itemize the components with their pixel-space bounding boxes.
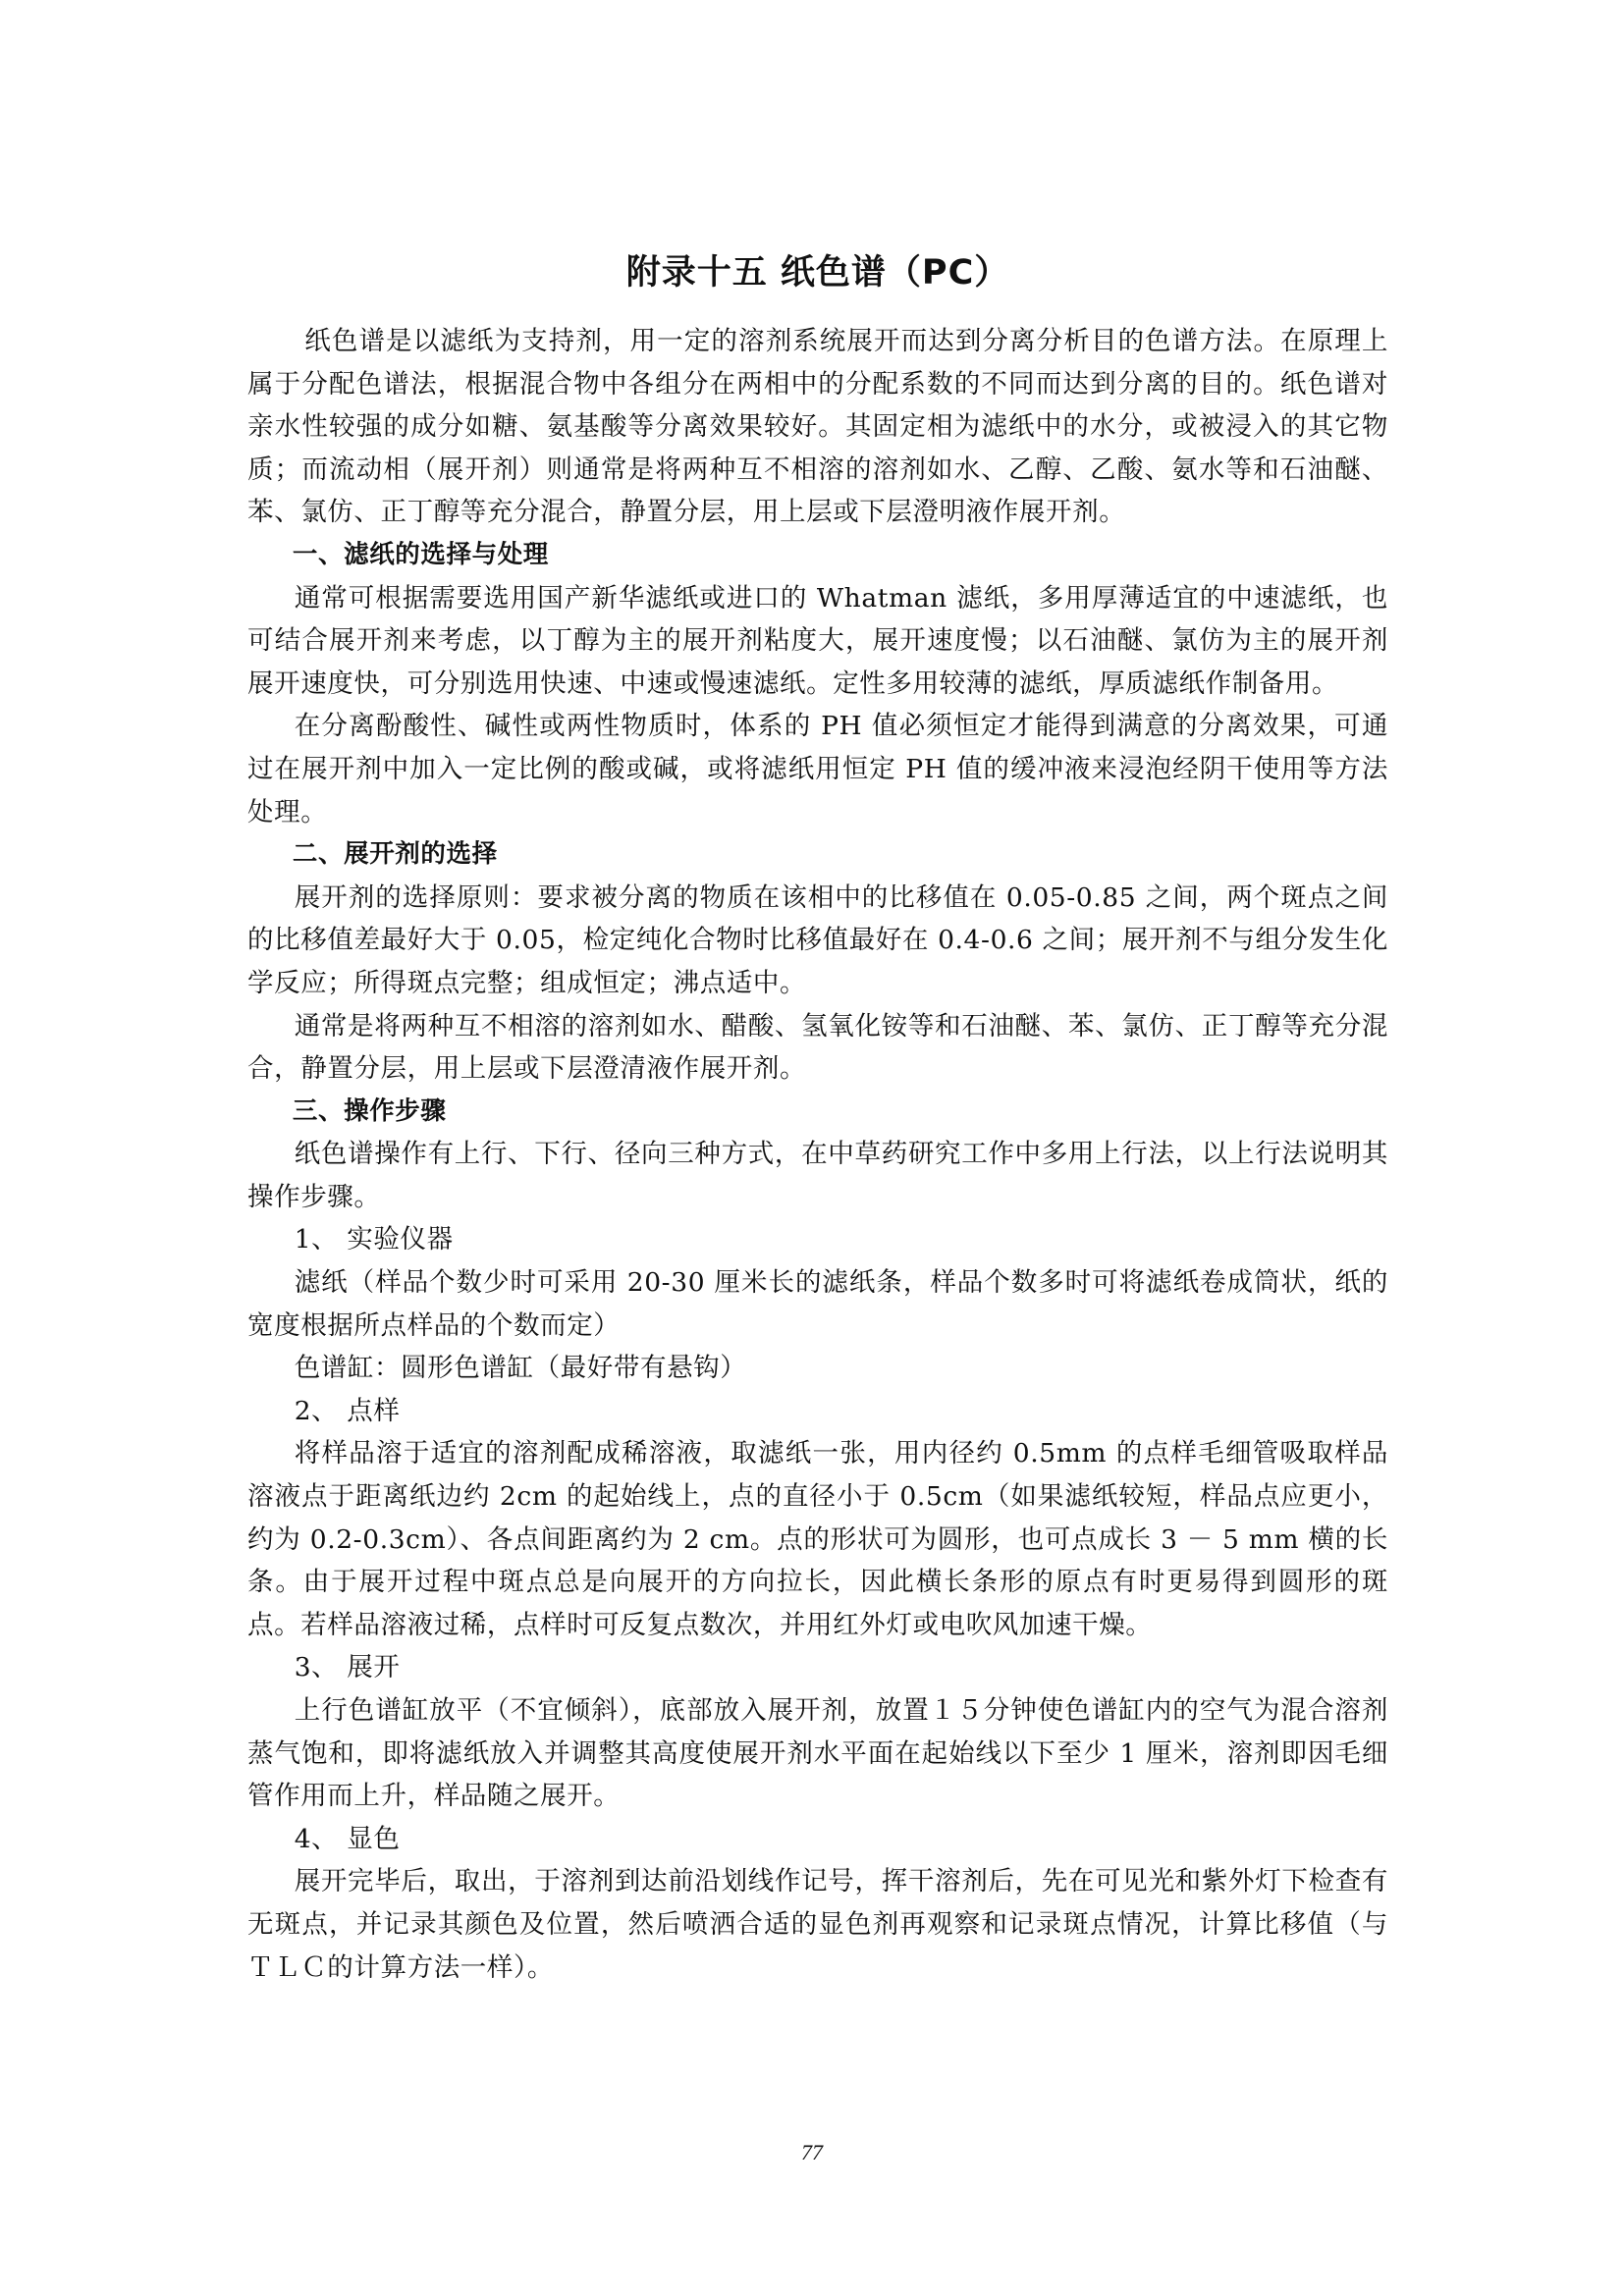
paragraph: 色谱缸：圆形色谱缸（最好带有悬钩） [247,1347,1388,1390]
paragraph: 滤纸（样品个数少时可采用 20-30 厘米长的滤纸条，样品个数多时可将滤纸卷成筒… [247,1261,1388,1347]
paragraph: 将样品溶于适宜的溶剂配成稀溶液，取滤纸一张，用内径约 0.5mm 的点样毛细管吸… [247,1432,1388,1646]
section-heading-procedure: 三、操作步骤 [247,1091,1388,1134]
intro-paragraph: 纸色谱是以滤纸为支持剂，用一定的溶剂系统展开而达到分离分析目的色谱方法。在原理上… [247,320,1388,534]
section-heading-filter-paper: 一、滤纸的选择与处理 [247,534,1388,577]
step-heading-apparatus: 1、 实验仪器 [247,1218,1388,1261]
step-heading-visualization: 4、 显色 [247,1818,1388,1861]
paragraph: 在分离酚酸性、碱性或两性物质时，体系的 PH 值必须恒定才能得到满意的分离效果，… [247,705,1388,833]
section-heading-developer: 二、展开剂的选择 [247,833,1388,877]
paragraph: 通常可根据需要选用国产新华滤纸或进口的 Whatman 滤纸，多用厚薄适宜的中速… [247,577,1388,706]
document-body: 纸色谱是以滤纸为支持剂，用一定的溶剂系统展开而达到分离分析目的色谱方法。在原理上… [247,320,1388,1989]
paragraph: 上行色谱缸放平（不宜倾斜），底部放入展开剂，放置１５分钟使色谱缸内的空气为混合溶… [247,1689,1388,1818]
page-number: 77 [0,2140,1624,2165]
step-heading-development: 3、 展开 [247,1646,1388,1689]
paragraph: 纸色谱操作有上行、下行、径向三种方式，在中草药研究工作中多用上行法，以上行法说明… [247,1133,1388,1218]
paragraph: 通常是将两种互不相溶的溶剂如水、醋酸、氢氧化铵等和石油醚、苯、氯仿、正丁醇等充分… [247,1005,1388,1091]
paragraph: 展开完毕后，取出，于溶剂到达前沿划线作记号，挥干溶剂后，先在可见光和紫外灯下检查… [247,1860,1388,1989]
step-heading-spotting: 2、 点样 [247,1390,1388,1433]
paragraph: 展开剂的选择原则：要求被分离的物质在该相中的比移值在 0.05-0.85 之间，… [247,877,1388,1005]
page-title: 附录十五 纸色谱（PC） [247,251,1388,294]
